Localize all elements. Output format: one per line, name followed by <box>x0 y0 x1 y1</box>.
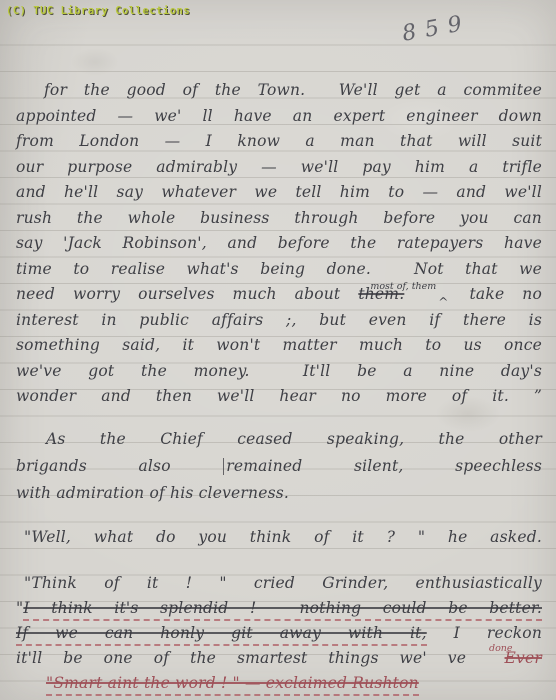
text-segment: wonder and then we'll hear no more of it… <box>16 387 542 405</box>
text-segment: "Smart aint the word ! " — exclaimed Rus… <box>46 674 419 696</box>
text-segment: and he'll say whatever we tell him to — … <box>16 183 542 201</box>
text-segment: "Well, what do you think of it ? " he as… <box>24 528 542 546</box>
text-segment: it'll be one of the smartest things we' … <box>16 649 487 667</box>
paragraph: As the Chief ceased speaking, the otherb… <box>16 426 542 507</box>
paragraph: for the good of the Town. We'll get a co… <box>16 78 542 410</box>
manuscript-line: wonder and then we'll hear no more of it… <box>16 384 542 410</box>
manuscript-line: for the good of the Town. We'll get a co… <box>16 78 542 104</box>
inserted-word: done <box>489 636 513 661</box>
manuscript-line: time to realise what's being done. Not t… <box>16 257 542 283</box>
manuscript-line: interest in public affairs ;, but even i… <box>16 308 542 334</box>
manuscript: for the good of the Town. We'll get a co… <box>0 0 556 700</box>
manuscript-line: we've got the money. It'll be a nine day… <box>16 359 542 385</box>
manuscript-line: it'll be one of the smartest things we' … <box>16 646 542 671</box>
manuscript-line: and he'll say whatever we tell him to — … <box>16 180 542 206</box>
text-segment: remained silent, speechless <box>226 457 542 475</box>
text-segment: I think it's splendid ! nothing could be… <box>23 599 542 621</box>
manuscript-line: appointed — we' ll have an expert engine… <box>16 104 542 130</box>
manuscript-line: "I think it's splendid ! nothing could b… <box>16 596 542 621</box>
manuscript-page: (C) TUC Library Collections 859 for the … <box>0 0 556 700</box>
text-segment: for the good of the Town. We'll get a co… <box>44 81 542 99</box>
pencil-tick-mark <box>223 458 224 475</box>
text-segment: "Think of it ! " cried Grinder, enthusia… <box>24 574 542 592</box>
text-segment: If we can honly git away with it, <box>16 624 427 646</box>
text-segment: say 'Jack Robinson', and before the rate… <box>16 234 542 252</box>
text-segment: our purpose admirably — we'll pay him a … <box>16 158 542 176</box>
text-segment: I reckon <box>427 624 542 642</box>
text-segment: something said, it won't matter much to … <box>16 336 542 354</box>
text-segment: rush the whole business through before y… <box>16 209 542 227</box>
inserted-word: most of, them <box>370 274 436 300</box>
manuscript-line: rush the whole business through before y… <box>16 206 542 232</box>
manuscript-line: from London — I know a man that will sui… <box>16 129 542 155</box>
text-segment: take no <box>452 285 542 303</box>
text-segment: brigands also <box>16 457 222 475</box>
manuscript-line: If we can honly git away with it, I reck… <box>16 621 542 646</box>
paragraph: "Think of it ! " cried Grinder, enthusia… <box>16 571 542 696</box>
manuscript-line: our purpose admirably — we'll pay him a … <box>16 155 542 181</box>
text-segment: from London — I know a man that will sui… <box>16 132 542 150</box>
text-segment: As the Chief ceased speaking, the other <box>46 430 542 448</box>
text-segment: time to realise what's being done. Not t… <box>16 260 542 278</box>
manuscript-line: As the Chief ceased speaking, the other <box>16 426 542 453</box>
library-watermark: (C) TUC Library Collections <box>6 5 190 17</box>
manuscript-line: say 'Jack Robinson', and before the rate… <box>16 231 542 257</box>
manuscript-line: "Well, what do you think of it ? " he as… <box>16 524 542 551</box>
manuscript-line: need worry ourselves much about them.mos… <box>16 282 542 308</box>
manuscript-line: "Smart aint the word ! " — exclaimed Rus… <box>16 671 542 696</box>
paragraph: "Well, what do you think of it ? " he as… <box>16 524 542 551</box>
text-segment: interest in public affairs ;, but even i… <box>16 311 542 329</box>
manuscript-line: brigands also remained silent, speechles… <box>16 453 542 480</box>
text-segment: with admiration of his cleverness. <box>16 484 289 502</box>
text-segment: appointed — we' ll have an expert engine… <box>16 107 542 125</box>
manuscript-line: with admiration of his cleverness. <box>16 480 542 507</box>
manuscript-line: something said, it won't matter much to … <box>16 333 542 359</box>
manuscript-line: "Think of it ! " cried Grinder, enthusia… <box>16 571 542 596</box>
text-segment: we've got the money. It'll be a nine day… <box>16 362 542 380</box>
text-segment: need worry ourselves much about <box>16 285 358 303</box>
